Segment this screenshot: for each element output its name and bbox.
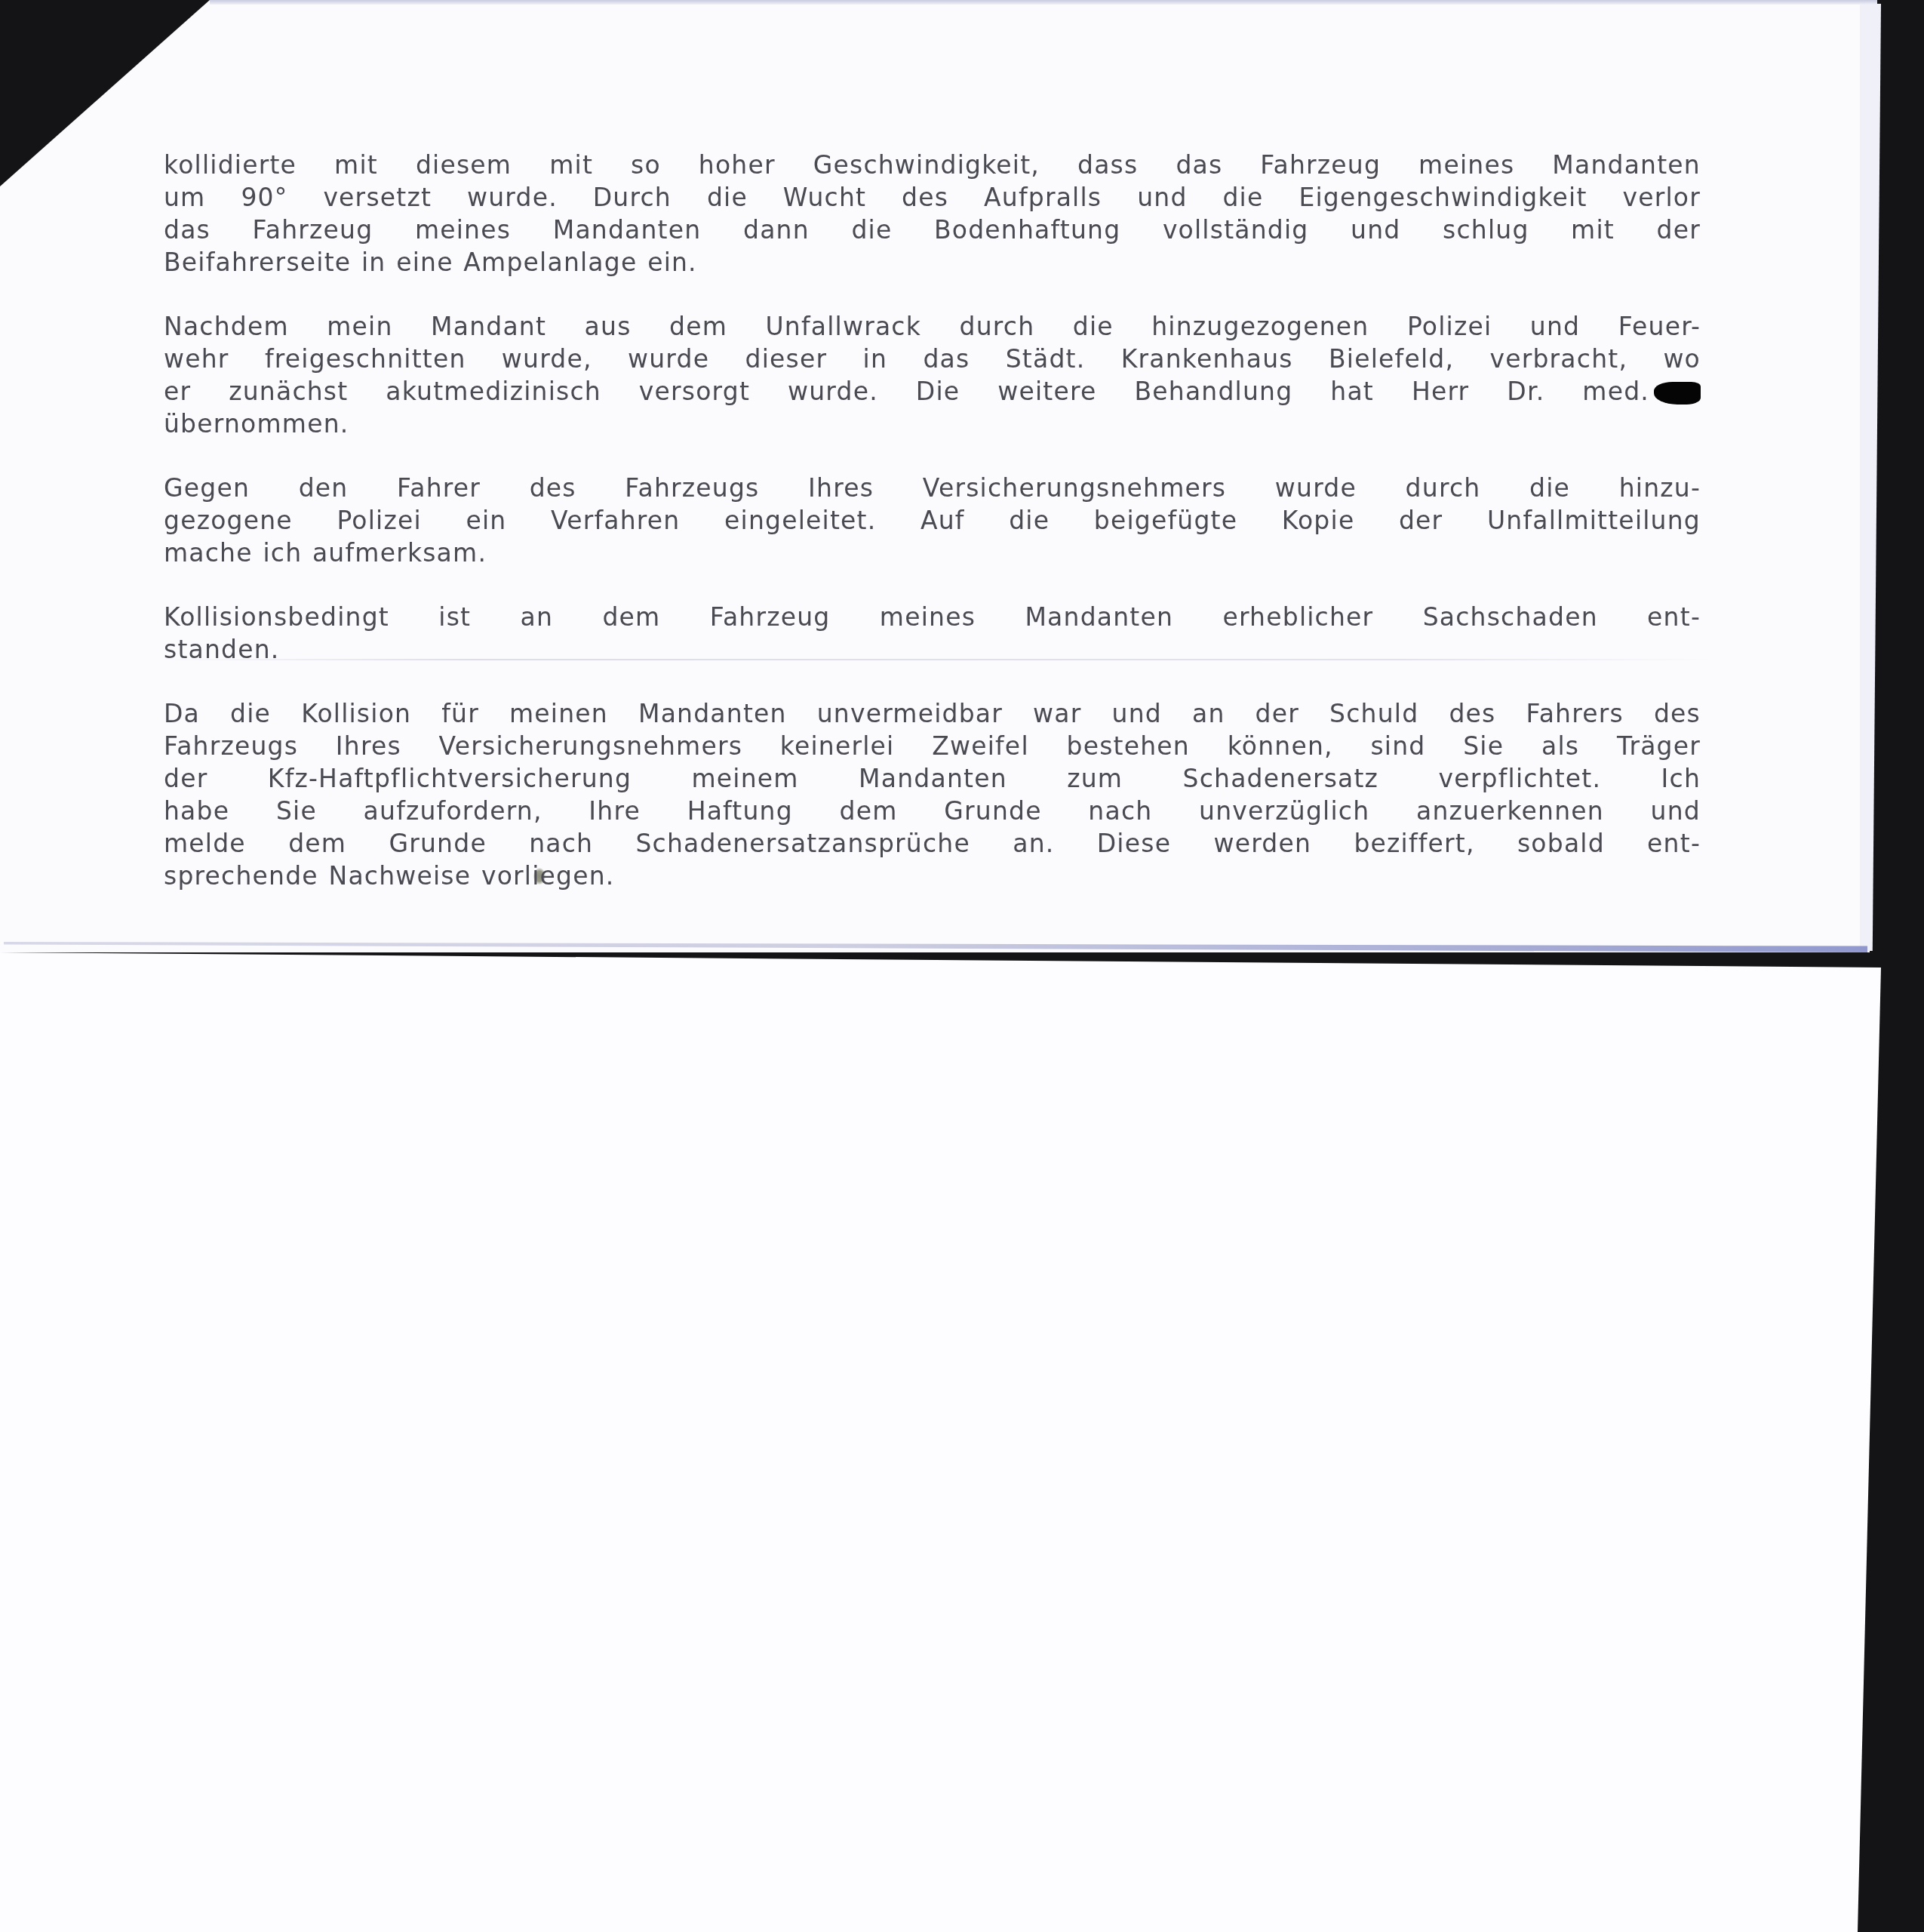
top-edge-shadow	[210, 0, 1877, 5]
paragraph-damage: Kollisionsbedingt ist an dem Fahrzeug me…	[164, 601, 1701, 666]
paragraph-collision: kollidierte mit diesem mit so hoher Gesc…	[164, 149, 1701, 278]
redaction-mark	[1654, 382, 1701, 405]
text-segment: er zunächst akutmedizinisch versorgt wur…	[164, 377, 1649, 406]
text-line: um 90° versetzt wurde. Durch die Wucht d…	[164, 181, 1701, 214]
text-line: kollidierte mit diesem mit so hoher Gesc…	[164, 149, 1701, 181]
text-line: der Kfz-Haftpflichtversicherung meinem M…	[164, 762, 1701, 795]
text-line: Da die Kollision für meinen Mandanten un…	[164, 697, 1701, 730]
text-line: Nachdem mein Mandant aus dem Unfallwrack…	[164, 310, 1701, 343]
text-line: sprechende Nachweise vorliegen.	[164, 860, 1701, 892]
text-line: Beifahrerseite in eine Ampelanlage ein.	[164, 246, 1701, 278]
text-line: standen.	[164, 633, 1701, 666]
text-line: das Fahrzeug meines Mandanten dann die B…	[164, 214, 1701, 246]
text-line: melde dem Grunde nach Schadenersatzanspr…	[164, 827, 1701, 860]
lower-paper-sheet	[0, 952, 1924, 1932]
letter-body: kollidierte mit diesem mit so hoher Gesc…	[164, 149, 1701, 924]
text-line: übernommen.	[164, 408, 1701, 440]
text-line: Fahrzeugs Ihres Versicherungsnehmers kei…	[164, 730, 1701, 762]
sheet-edge	[1860, 4, 1881, 951]
scanned-page: kollidierte mit diesem mit so hoher Gesc…	[0, 0, 1924, 1932]
text-line-with-redaction: er zunächst akutmedizinisch versorgt wur…	[164, 375, 1701, 408]
text-line: wehr freigeschnitten wurde, wurde dieser…	[164, 343, 1701, 375]
text-line: mache ich aufmerksam.	[164, 537, 1701, 569]
text-line: Kollisionsbedingt ist an dem Fahrzeug me…	[164, 601, 1701, 633]
paragraph-liability: Da die Kollision für meinen Mandanten un…	[164, 697, 1701, 892]
text-line: habe Sie aufzufordern, Ihre Haftung dem …	[164, 795, 1701, 827]
paragraph-proceedings: Gegen den Fahrer des Fahrzeugs Ihres Ver…	[164, 472, 1701, 569]
paragraph-rescue: Nachdem mein Mandant aus dem Unfallwrack…	[164, 310, 1701, 440]
text-line: Gegen den Fahrer des Fahrzeugs Ihres Ver…	[164, 472, 1701, 504]
text-line: gezogene Polizei ein Verfahren eingeleit…	[164, 504, 1701, 537]
